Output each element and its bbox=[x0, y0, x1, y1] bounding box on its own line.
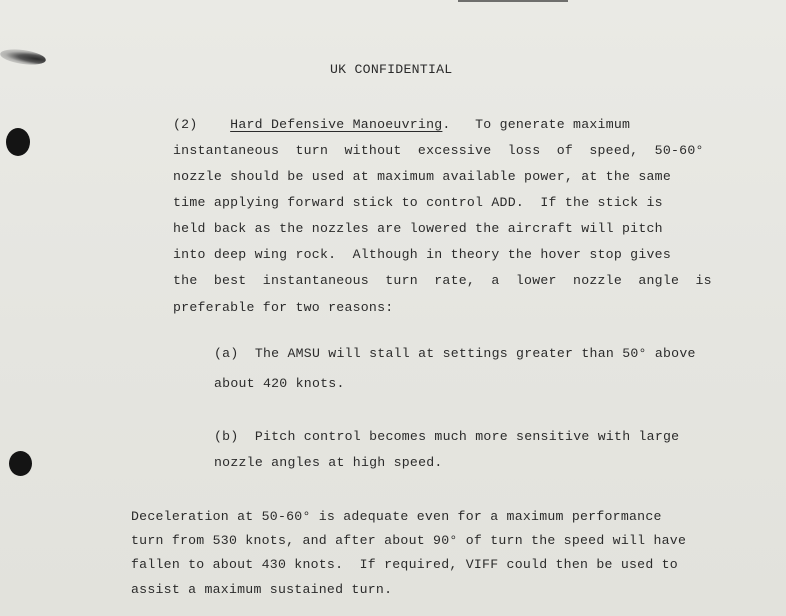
reason-b-line: (b) Pitch control becomes much more sens… bbox=[214, 429, 679, 445]
body-line: instantaneous turn without excessive los… bbox=[173, 143, 704, 159]
closing-line: Deceleration at 50-60° is adequate even … bbox=[131, 509, 662, 525]
classification-header: UK CONFIDENTIAL bbox=[330, 62, 452, 78]
body-line: the best instantaneous turn rate, a lowe… bbox=[173, 273, 712, 289]
body-line: nozzle should be used at maximum availab… bbox=[173, 169, 671, 185]
closing-line: assist a maximum sustained turn. bbox=[131, 582, 392, 598]
closing-line: turn from 530 knots, and after about 90°… bbox=[131, 533, 686, 549]
punch-hole-bottom bbox=[9, 451, 32, 476]
section-first-line: (2) Hard Defensive Manoeuvring. To gener… bbox=[173, 117, 630, 133]
reason-b-line: nozzle angles at high speed. bbox=[214, 455, 443, 471]
reason-a-line: (a) The AMSU will stall at settings grea… bbox=[214, 346, 696, 362]
section-heading: Hard Defensive Manoeuvring bbox=[230, 117, 442, 132]
reason-a-line: about 420 knots. bbox=[214, 376, 345, 392]
document-page: UK CONFIDENTIAL (2) Hard Defensive Manoe… bbox=[0, 0, 786, 616]
body-line: into deep wing rock. Although in theory … bbox=[173, 247, 671, 263]
body-line: preferable for two reasons: bbox=[173, 300, 393, 316]
section-number: (2) bbox=[173, 117, 198, 132]
punch-hole-top bbox=[6, 128, 30, 156]
body-line: time applying forward stick to control A… bbox=[173, 195, 663, 211]
ink-smudge bbox=[0, 47, 47, 67]
top-edge-mark bbox=[458, 0, 568, 2]
closing-line: fallen to about 430 knots. If required, … bbox=[131, 557, 678, 573]
body-line: held back as the nozzles are lowered the… bbox=[173, 221, 663, 237]
